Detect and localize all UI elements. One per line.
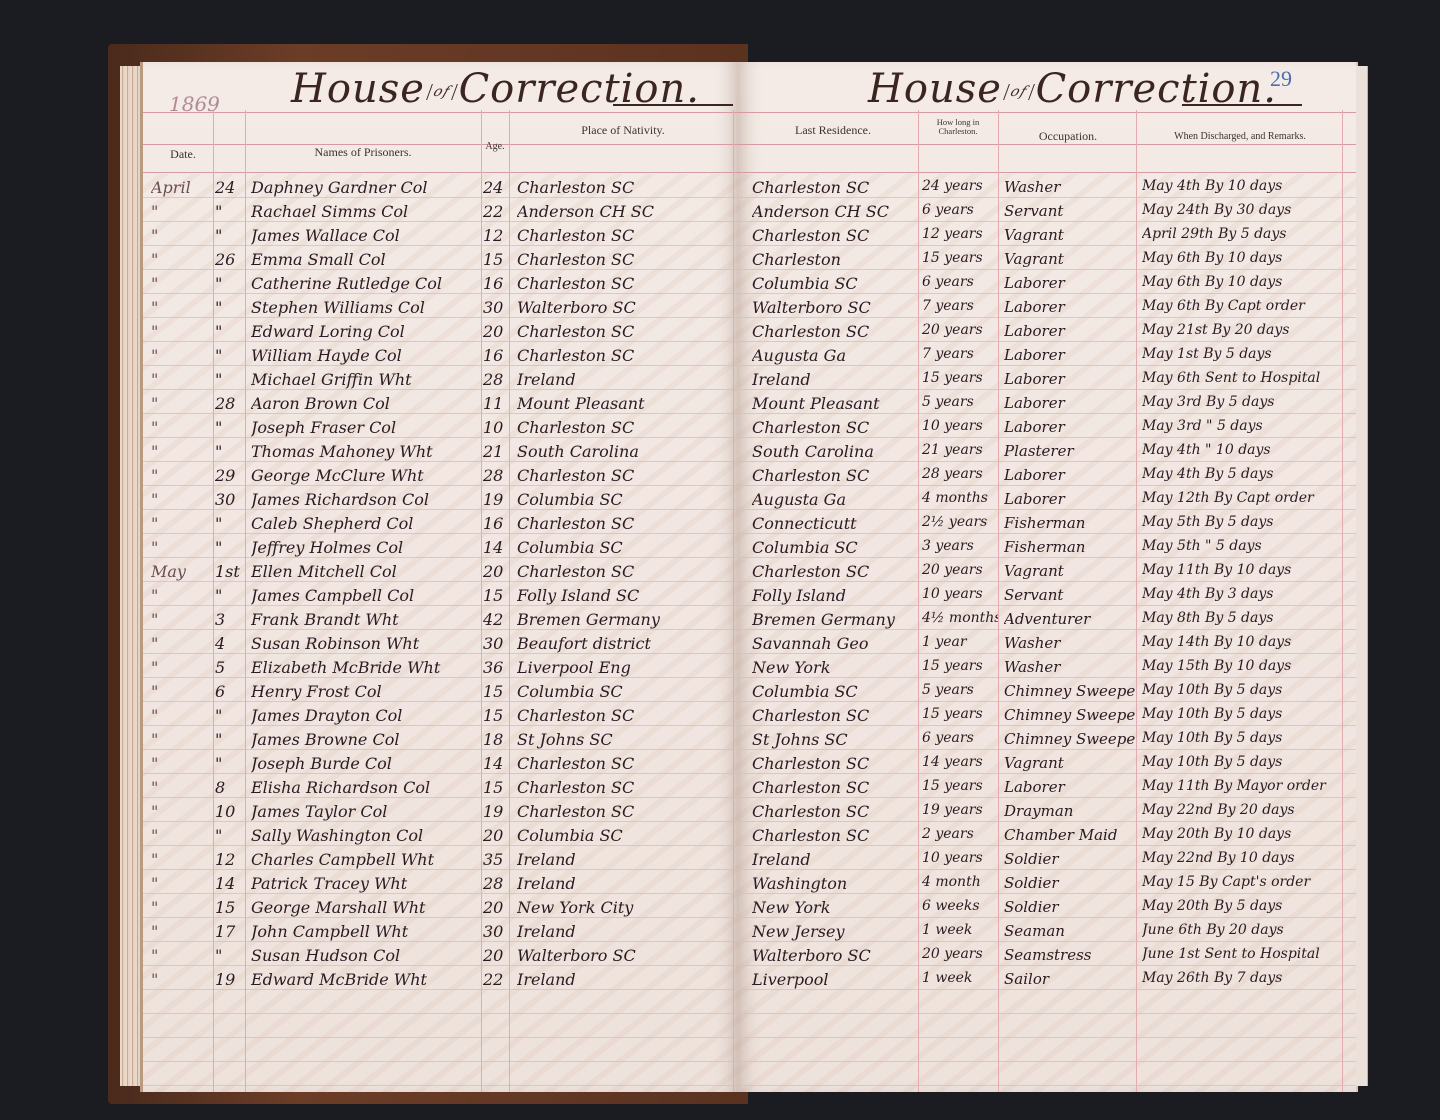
date-month: " — [151, 874, 211, 893]
last-residence: Charleston SC — [752, 562, 918, 581]
last-residence: Washington — [752, 874, 918, 893]
discharge-remarks: May 22nd By 10 days — [1142, 850, 1342, 866]
occupation: Laborer — [1004, 274, 1136, 292]
table-row: ""Thomas Mahoney Wht21South Carolina — [143, 440, 738, 464]
occupation: Laborer — [1004, 370, 1136, 388]
place-of-nativity: Charleston SC — [517, 346, 731, 365]
table-row: "14Patrick Tracey Wht28Ireland — [143, 872, 738, 896]
header-rule-bottom — [738, 172, 1356, 173]
last-residence: Columbia SC — [752, 538, 918, 557]
table-row: Walterboro SC20 yearsSeamstressJune 1st … — [738, 944, 1356, 968]
discharge-remarks: May 5th " 5 days — [1142, 538, 1342, 554]
date-day: " — [215, 346, 245, 365]
occupation: Sailor — [1004, 970, 1136, 988]
occupation: Washer — [1004, 634, 1136, 652]
place-of-nativity: South Carolina — [517, 442, 731, 461]
last-residence: Savannah Geo — [752, 634, 918, 653]
prisoner-name: John Campbell Wht — [251, 922, 481, 941]
date-month: " — [151, 970, 211, 989]
how-long-in-charleston: 15 years — [922, 370, 998, 386]
last-residence: Charleston SC — [752, 802, 918, 821]
ledger-book: 1869 HouseofCorrection. Date. Names of P… — [108, 44, 1370, 1104]
how-long-in-charleston: 19 years — [922, 802, 998, 818]
occupation: Fisherman — [1004, 538, 1136, 556]
last-residence: Charleston SC — [752, 418, 918, 437]
table-row: ""James Drayton Col15Charleston SC — [143, 704, 738, 728]
prisoner-name: Aaron Brown Col — [251, 394, 481, 413]
occupation: Laborer — [1004, 418, 1136, 436]
last-residence: Walterboro SC — [752, 946, 918, 965]
prisoner-age: 14 — [483, 754, 509, 773]
occupation: Vagrant — [1004, 754, 1136, 772]
date-month: April — [151, 178, 211, 197]
discharge-remarks: May 10th By 5 days — [1142, 754, 1342, 770]
date-month: " — [151, 634, 211, 653]
last-residence: Charleston SC — [752, 226, 918, 245]
prisoner-age: 16 — [483, 274, 509, 293]
discharge-remarks: May 3rd " 5 days — [1142, 418, 1342, 434]
table-row: Charleston SC24 yearsWasherMay 4th By 10… — [738, 176, 1356, 200]
occupation: Soldier — [1004, 850, 1136, 868]
date-month: " — [151, 658, 211, 677]
last-residence: Charleston SC — [752, 778, 918, 797]
how-long-in-charleston: 10 years — [922, 586, 998, 602]
table-row: South Carolina21 yearsPlastererMay 4th "… — [738, 440, 1356, 464]
last-residence: Columbia SC — [752, 274, 918, 293]
prisoner-age: 20 — [483, 562, 509, 581]
date-day: " — [215, 274, 245, 293]
date-day: 28 — [215, 394, 245, 413]
discharge-remarks: May 26th By 7 days — [1142, 970, 1342, 986]
table-row: "6Henry Frost Col15Columbia SC — [143, 680, 738, 704]
last-residence: Columbia SC — [752, 682, 918, 701]
date-month: " — [151, 466, 211, 485]
title-flourish-line — [613, 104, 733, 106]
date-month: " — [151, 490, 211, 509]
date-day: 15 — [215, 898, 245, 917]
discharge-remarks: May 22nd By 20 days — [1142, 802, 1342, 818]
table-row: ""Stephen Williams Col30Walterboro SC — [143, 296, 738, 320]
prisoner-name: Sally Washington Col — [251, 826, 481, 845]
how-long-in-charleston: 1 week — [922, 922, 998, 938]
place-of-nativity: St Johns SC — [517, 730, 731, 749]
table-row: Charleston SC28 yearsLaborerMay 4th By 5… — [738, 464, 1356, 488]
discharge-remarks: May 11th By Mayor order — [1142, 778, 1342, 794]
page-number: 29 — [1270, 66, 1292, 92]
discharge-remarks: May 4th By 5 days — [1142, 466, 1342, 482]
date-day: 10 — [215, 802, 245, 821]
prisoner-name: Caleb Shepherd Col — [251, 514, 481, 533]
last-residence: Charleston SC — [752, 826, 918, 845]
date-day: " — [215, 322, 245, 341]
date-day: " — [215, 226, 245, 245]
table-row: ""Sally Washington Col20Columbia SC — [143, 824, 738, 848]
table-row: "15George Marshall Wht20New York City — [143, 896, 738, 920]
discharge-remarks: May 11th By 10 days — [1142, 562, 1342, 578]
last-residence: New York — [752, 658, 918, 677]
prisoner-name: Emma Small Col — [251, 250, 481, 269]
occupation: Washer — [1004, 178, 1136, 196]
table-row: ""Jeffrey Holmes Col14Columbia SC — [143, 536, 738, 560]
prisoner-age: 30 — [483, 922, 509, 941]
discharge-remarks: May 8th By 5 days — [1142, 610, 1342, 626]
last-residence: Liverpool — [752, 970, 918, 989]
prisoner-age: 20 — [483, 946, 509, 965]
header-rule-bottom — [143, 172, 738, 173]
date-month: " — [151, 682, 211, 701]
date-month: " — [151, 370, 211, 389]
last-residence: New Jersey — [752, 922, 918, 941]
discharge-remarks: April 29th By 5 days — [1142, 226, 1342, 242]
table-row: "19Edward McBride Wht22Ireland — [143, 968, 738, 992]
occupation: Seaman — [1004, 922, 1136, 940]
prisoner-age: 24 — [483, 178, 509, 197]
last-residence: Folly Island — [752, 586, 918, 605]
date-day: 30 — [215, 490, 245, 509]
prisoner-age: 19 — [483, 802, 509, 821]
prisoner-age: 30 — [483, 634, 509, 653]
place-of-nativity: Mount Pleasant — [517, 394, 731, 413]
table-row: New Jersey1 weekSeamanJune 6th By 20 day… — [738, 920, 1356, 944]
table-row: ""Catherine Rutledge Col16Charleston SC — [143, 272, 738, 296]
date-day: " — [215, 754, 245, 773]
table-row: Anderson CH SC6 yearsServantMay 24th By … — [738, 200, 1356, 224]
column-header-age: Age. — [481, 142, 509, 153]
table-row: ""Edward Loring Col20Charleston SC — [143, 320, 738, 344]
discharge-remarks: June 1st Sent to Hospital — [1142, 946, 1342, 962]
occupation: Chimney Sweeper — [1004, 730, 1136, 748]
discharge-remarks: May 12th By Capt order — [1142, 490, 1342, 506]
prisoner-name: Stephen Williams Col — [251, 298, 481, 317]
table-row: "3Frank Brandt Wht42Bremen Germany — [143, 608, 738, 632]
column-header-discharged: When Discharged, and Remarks. — [1138, 132, 1342, 143]
prisoner-age: 15 — [483, 250, 509, 269]
title-word-of: of — [1003, 84, 1034, 100]
table-row: ""James Browne Col18St Johns SC — [143, 728, 738, 752]
prisoner-name: George McClure Wht — [251, 466, 481, 485]
date-month: " — [151, 346, 211, 365]
place-of-nativity: Ireland — [517, 970, 731, 989]
discharge-remarks: May 6th By Capt order — [1142, 298, 1342, 314]
date-day: 3 — [215, 610, 245, 629]
how-long-in-charleston: 15 years — [922, 706, 998, 722]
discharge-remarks: May 20th By 10 days — [1142, 826, 1342, 842]
date-month: " — [151, 418, 211, 437]
place-of-nativity: Charleston SC — [517, 274, 731, 293]
prisoner-age: 11 — [483, 394, 509, 413]
table-row: Washington4 monthSoldierMay 15 By Capt's… — [738, 872, 1356, 896]
date-day: 17 — [215, 922, 245, 941]
place-of-nativity: Bremen Germany — [517, 610, 731, 629]
how-long-in-charleston: 14 years — [922, 754, 998, 770]
prisoner-name: Joseph Burde Col — [251, 754, 481, 773]
prisoner-age: 28 — [483, 370, 509, 389]
prisoner-age: 36 — [483, 658, 509, 677]
date-month: " — [151, 274, 211, 293]
prisoner-name: James Browne Col — [251, 730, 481, 749]
table-row: May1stEllen Mitchell Col20Charleston SC — [143, 560, 738, 584]
how-long-in-charleston: 21 years — [922, 442, 998, 458]
place-of-nativity: Ireland — [517, 874, 731, 893]
date-day: " — [215, 442, 245, 461]
place-of-nativity: Charleston SC — [517, 514, 731, 533]
table-row: April24Daphney Gardner Col24Charleston S… — [143, 176, 738, 200]
table-row: ""Rachael Simms Col22Anderson CH SC — [143, 200, 738, 224]
prisoner-name: Jeffrey Holmes Col — [251, 538, 481, 557]
prisoner-name: Michael Griffin Wht — [251, 370, 481, 389]
column-header-residence: Last Residence. — [748, 124, 918, 137]
prisoner-age: 35 — [483, 850, 509, 869]
place-of-nativity: Charleston SC — [517, 178, 731, 197]
prisoner-name: James Drayton Col — [251, 706, 481, 725]
place-of-nativity: Charleston SC — [517, 754, 731, 773]
occupation: Fisherman — [1004, 514, 1136, 532]
prisoner-age: 15 — [483, 706, 509, 725]
prisoner-age: 22 — [483, 970, 509, 989]
discharge-remarks: May 4th By 3 days — [1142, 586, 1342, 602]
date-day: 4 — [215, 634, 245, 653]
header-rule-mid — [143, 144, 738, 145]
table-row: "8Elisha Richardson Col15Charleston SC — [143, 776, 738, 800]
prisoner-age: 12 — [483, 226, 509, 245]
date-day: 26 — [215, 250, 245, 269]
header-rule-top — [143, 112, 738, 113]
how-long-in-charleston: 7 years — [922, 298, 998, 314]
how-long-in-charleston: 2 years — [922, 826, 998, 842]
date-day: " — [215, 706, 245, 725]
place-of-nativity: Columbia SC — [517, 490, 731, 509]
date-month: " — [151, 226, 211, 245]
how-long-in-charleston: 28 years — [922, 466, 998, 482]
date-month: " — [151, 322, 211, 341]
table-row: "10James Taylor Col19Charleston SC — [143, 800, 738, 824]
last-residence: Bremen Germany — [752, 610, 918, 629]
table-row: "12Charles Campbell Wht35Ireland — [143, 848, 738, 872]
how-long-in-charleston: 6 years — [922, 730, 998, 746]
table-row: Charleston SC19 yearsDraymanMay 22nd By … — [738, 800, 1356, 824]
table-row: Charleston SC12 yearsVagrantApril 29th B… — [738, 224, 1356, 248]
table-row: Charleston15 yearsVagrantMay 6th By 10 d… — [738, 248, 1356, 272]
discharge-remarks: May 20th By 5 days — [1142, 898, 1342, 914]
date-day: " — [215, 586, 245, 605]
date-day: 14 — [215, 874, 245, 893]
date-day: 12 — [215, 850, 245, 869]
date-day: " — [215, 418, 245, 437]
date-month: " — [151, 538, 211, 557]
discharge-remarks: May 21st By 20 days — [1142, 322, 1342, 338]
table-row: ""James Campbell Col15Folly Island SC — [143, 584, 738, 608]
date-day: " — [215, 370, 245, 389]
date-month: " — [151, 394, 211, 413]
discharge-remarks: May 6th By 10 days — [1142, 274, 1342, 290]
table-row: Columbia SC6 yearsLaborerMay 6th By 10 d… — [738, 272, 1356, 296]
table-row: St Johns SC6 yearsChimney SweeperMay 10t… — [738, 728, 1356, 752]
occupation: Washer — [1004, 658, 1136, 676]
prisoner-age: 16 — [483, 346, 509, 365]
last-residence: Charleston — [752, 250, 918, 269]
discharge-remarks: May 6th By 10 days — [1142, 250, 1342, 266]
occupation: Laborer — [1004, 298, 1136, 316]
occupation: Soldier — [1004, 898, 1136, 916]
last-residence: Augusta Ga — [752, 346, 918, 365]
prisoner-name: Joseph Fraser Col — [251, 418, 481, 437]
how-long-in-charleston: 10 years — [922, 418, 998, 434]
how-long-in-charleston: 15 years — [922, 250, 998, 266]
table-row: Walterboro SC7 yearsLaborerMay 6th By Ca… — [738, 296, 1356, 320]
page-edges-right — [1356, 66, 1368, 1086]
table-row: Ireland15 yearsLaborerMay 6th Sent to Ho… — [738, 368, 1356, 392]
header-rule-top — [738, 112, 1356, 113]
last-residence: Ireland — [752, 850, 918, 869]
date-month: " — [151, 250, 211, 269]
last-residence: Charleston SC — [752, 178, 918, 197]
prisoner-name: James Campbell Col — [251, 586, 481, 605]
last-residence: Connecticutt — [752, 514, 918, 533]
table-row: Connecticutt2½ yearsFishermanMay 5th By … — [738, 512, 1356, 536]
place-of-nativity: Columbia SC — [517, 682, 731, 701]
place-of-nativity: Walterboro SC — [517, 946, 731, 965]
table-row: "30James Richardson Col19Columbia SC — [143, 488, 738, 512]
prisoner-name: Charles Campbell Wht — [251, 850, 481, 869]
last-residence: South Carolina — [752, 442, 918, 461]
occupation: Laborer — [1004, 346, 1136, 364]
place-of-nativity: Charleston SC — [517, 562, 731, 581]
table-row: Charleston SC20 yearsVagrantMay 11th By … — [738, 560, 1356, 584]
how-long-in-charleston: 5 years — [922, 394, 998, 410]
date-day: 8 — [215, 778, 245, 797]
place-of-nativity: Charleston SC — [517, 778, 731, 797]
prisoner-age: 15 — [483, 778, 509, 797]
prisoner-age: 15 — [483, 682, 509, 701]
table-row: ""Joseph Burde Col14Charleston SC — [143, 752, 738, 776]
table-row: "5Elizabeth McBride Wht36Liverpool Eng — [143, 656, 738, 680]
discharge-remarks: June 6th By 20 days — [1142, 922, 1342, 938]
place-of-nativity: Charleston SC — [517, 802, 731, 821]
prisoner-age: 42 — [483, 610, 509, 629]
discharge-remarks: May 6th Sent to Hospital — [1142, 370, 1342, 386]
date-day: " — [215, 946, 245, 965]
column-header-nativity: Place of Nativity. — [513, 124, 733, 137]
table-row: Ireland10 yearsSoldierMay 22nd By 10 day… — [738, 848, 1356, 872]
how-long-in-charleston: 12 years — [922, 226, 998, 242]
date-day: 29 — [215, 466, 245, 485]
date-month: " — [151, 946, 211, 965]
how-long-in-charleston: 5 years — [922, 682, 998, 698]
table-row: Charleston SC15 yearsChimney SweeperMay … — [738, 704, 1356, 728]
title-word-house: House — [291, 66, 425, 112]
place-of-nativity: Walterboro SC — [517, 298, 731, 317]
occupation: Soldier — [1004, 874, 1136, 892]
occupation: Drayman — [1004, 802, 1136, 820]
date-month: " — [151, 202, 211, 221]
table-row: Charleston SC20 yearsLaborerMay 21st By … — [738, 320, 1356, 344]
discharge-remarks: May 15 By Capt's order — [1142, 874, 1342, 890]
how-long-in-charleston: 15 years — [922, 778, 998, 794]
place-of-nativity: Columbia SC — [517, 538, 731, 557]
prisoner-age: 22 — [483, 202, 509, 221]
table-row: ""Michael Griffin Wht28Ireland — [143, 368, 738, 392]
date-month: May — [151, 562, 211, 581]
date-month: " — [151, 802, 211, 821]
place-of-nativity: Liverpool Eng — [517, 658, 731, 677]
occupation: Seamstress — [1004, 946, 1136, 964]
place-of-nativity: Charleston SC — [517, 466, 731, 485]
table-row: Charleston SC2 yearsChamber MaidMay 20th… — [738, 824, 1356, 848]
how-long-in-charleston: 20 years — [922, 946, 998, 962]
date-month: " — [151, 442, 211, 461]
right-page: HouseofCorrection. 29 Last Residence. Ho… — [738, 62, 1358, 1092]
prisoner-age: 14 — [483, 538, 509, 557]
table-row: Mount Pleasant5 yearsLaborerMay 3rd By 5… — [738, 392, 1356, 416]
table-row: Augusta Ga4 monthsLaborerMay 12th By Cap… — [738, 488, 1356, 512]
date-month: " — [151, 586, 211, 605]
prisoner-name: Elizabeth McBride Wht — [251, 658, 481, 677]
column-header-date: Date. — [153, 148, 213, 161]
place-of-nativity: Ireland — [517, 370, 731, 389]
occupation: Vagrant — [1004, 226, 1136, 244]
table-row: Augusta Ga7 yearsLaborerMay 1st By 5 day… — [738, 344, 1356, 368]
table-row: ""Joseph Fraser Col10Charleston SC — [143, 416, 738, 440]
prisoner-name: Susan Hudson Col — [251, 946, 481, 965]
prisoner-name: Rachael Simms Col — [251, 202, 481, 221]
table-row: "4Susan Robinson Wht30Beaufort district — [143, 632, 738, 656]
date-month: " — [151, 898, 211, 917]
last-residence: Anderson CH SC — [752, 202, 918, 221]
prisoner-name: James Wallace Col — [251, 226, 481, 245]
prisoner-age: 20 — [483, 826, 509, 845]
prisoner-name: Edward Loring Col — [251, 322, 481, 341]
how-long-in-charleston: 20 years — [922, 562, 998, 578]
prisoner-name: James Richardson Col — [251, 490, 481, 509]
last-residence: New York — [752, 898, 918, 917]
how-long-in-charleston: 24 years — [922, 178, 998, 194]
prisoner-name: James Taylor Col — [251, 802, 481, 821]
table-row: Charleston SC15 yearsLaborerMay 11th By … — [738, 776, 1356, 800]
prisoner-name: Catherine Rutledge Col — [251, 274, 481, 293]
last-residence: Ireland — [752, 370, 918, 389]
discharge-remarks: May 3rd By 5 days — [1142, 394, 1342, 410]
column-header-names: Names of Prisoners. — [253, 146, 473, 159]
prisoner-name: Frank Brandt Wht — [251, 610, 481, 629]
discharge-remarks: May 10th By 5 days — [1142, 706, 1342, 722]
occupation: Laborer — [1004, 490, 1136, 508]
date-day: " — [215, 826, 245, 845]
prisoner-age: 30 — [483, 298, 509, 317]
how-long-in-charleston: 15 years — [922, 658, 998, 674]
date-day: " — [215, 202, 245, 221]
prisoner-name: Elisha Richardson Col — [251, 778, 481, 797]
place-of-nativity: Charleston SC — [517, 322, 731, 341]
place-of-nativity: Charleston SC — [517, 250, 731, 269]
occupation: Servant — [1004, 586, 1136, 604]
prisoner-name: Daphney Gardner Col — [251, 178, 481, 197]
prisoner-age: 10 — [483, 418, 509, 437]
table-row: Charleston SC14 yearsVagrantMay 10th By … — [738, 752, 1356, 776]
table-row: Columbia SC5 yearsChimney SweeperMay 10t… — [738, 680, 1356, 704]
last-residence: Augusta Ga — [752, 490, 918, 509]
table-row: "26Emma Small Col15Charleston SC — [143, 248, 738, 272]
date-month: " — [151, 850, 211, 869]
prisoner-name: Ellen Mitchell Col — [251, 562, 481, 581]
occupation: Laborer — [1004, 394, 1136, 412]
prisoner-age: 28 — [483, 874, 509, 893]
table-row: "29George McClure Wht28Charleston SC — [143, 464, 738, 488]
place-of-nativity: Charleston SC — [517, 226, 731, 245]
last-residence: Charleston SC — [752, 322, 918, 341]
prisoner-age: 16 — [483, 514, 509, 533]
date-day: " — [215, 730, 245, 749]
how-long-in-charleston: 4 month — [922, 874, 998, 890]
